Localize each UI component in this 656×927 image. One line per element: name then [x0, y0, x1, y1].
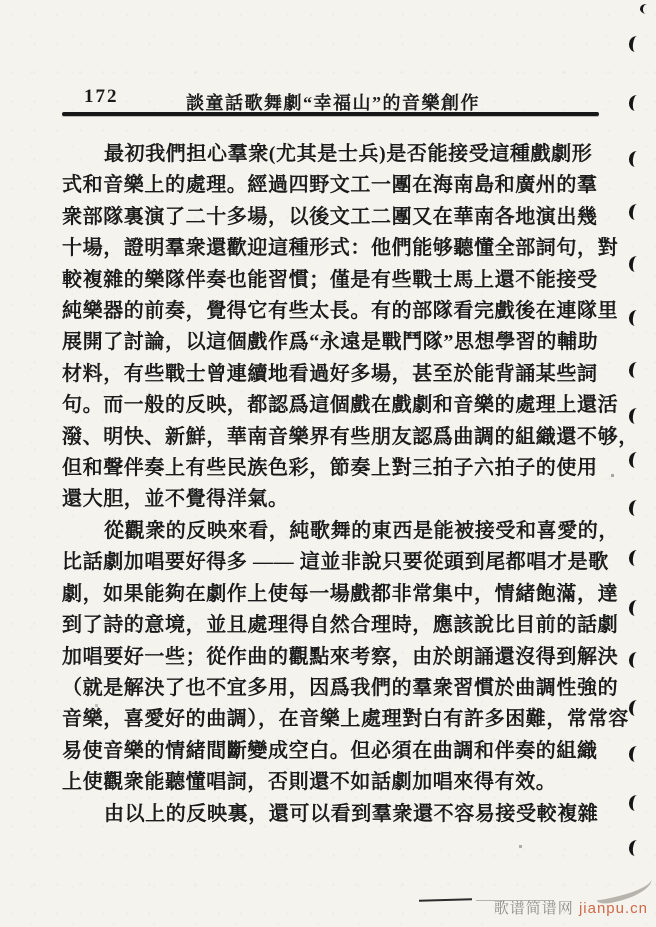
watermark-site-name: 歌谱简谱网	[494, 900, 579, 917]
text-line: （就是解決了也不宜多用，因爲我們的羣衆習慣於曲調性強的	[62, 673, 599, 704]
binding-mark-icon	[628, 94, 643, 111]
binding-mark-icon	[628, 549, 643, 566]
binding-mark-icon	[639, 3, 652, 14]
text-line: 易使音樂的情緒間斷變成空白。但必須在曲調和伴奏的組織	[62, 736, 599, 767]
text-line: 衆部隊裏演了二十多場，以後文工二團又在華南各地演出幾	[62, 202, 599, 233]
text-line: 劇，如果能夠在劇作上使每一場戲都非常集中，情緒飽滿，達	[62, 579, 599, 610]
text-line: 材料，有些戰士曾連續地看過好多場，甚至於能背誦某些詞	[62, 359, 599, 390]
body-text: 最初我們担心羣衆(尤其是士兵)是否能接受這種戲劇形 式和音樂上的處理。經過四野文…	[62, 139, 599, 830]
binding-mark-icon	[628, 745, 643, 762]
text-line: 加唱要好一些；從作曲的觀點來考察，由於朗誦還沒得到解決	[62, 642, 599, 673]
text-line: 還大胆，並不覺得洋氣。	[62, 484, 599, 515]
binding-mark-icon	[628, 499, 643, 516]
binding-mark-icon	[628, 407, 643, 424]
text-line: 從觀衆的反映來看，純歌舞的東西是能被接受和喜愛的，	[62, 516, 599, 547]
text-line: 由以上的反映裏，還可以看到羣衆還不容易接受較複雜	[62, 799, 599, 830]
text-line: 到了詩的意境，並且處理得自然合理時，應該說比目前的話劇	[62, 610, 599, 641]
binding-mark-icon	[628, 361, 643, 378]
watermark: 歌谱简谱网 jianpu.cn	[494, 897, 648, 918]
binding-mark-icon	[628, 699, 643, 716]
binding-mark-icon	[628, 150, 643, 167]
binding-mark-icon	[628, 794, 643, 811]
binding-mark-icon	[628, 839, 643, 856]
text-line: 十場，證明羣衆還歡迎這種形式：他們能够聽懂全部詞句，對	[62, 233, 599, 264]
scanned-book-page: 172 談童話歌舞劇“幸福山”的音樂創作 最初我們担心羣衆(尤其是士兵)是否能接…	[0, 0, 656, 927]
text-line: 最初我們担心羣衆(尤其是士兵)是否能接受這種戲劇形	[62, 139, 599, 170]
binding-mark-icon	[628, 651, 643, 668]
binding-mark-icon	[628, 599, 643, 616]
page-number: 172	[84, 86, 119, 108]
text-line: 純樂器的前奏，覺得它有些太長。有的部隊看完戲後在連隊里	[62, 296, 599, 327]
binding-mark-icon	[628, 451, 643, 468]
scan-speckles	[0, 0, 1, 1]
binding-mark-icon	[628, 35, 643, 52]
watermark-site-url: jianpu.cn	[579, 900, 648, 917]
text-line: 比話劇加唱要好得多 —— 這並非說只要從頭到尾都唱才是歌	[62, 547, 599, 578]
binding-mark-icon	[628, 203, 643, 220]
text-line: 式和音樂上的處理。經過四野文工一團在海南島和廣州的羣	[62, 170, 599, 201]
text-line: 較複雜的樂隊伴奏也能習慣；僅是有些戰士馬上還不能接受	[62, 265, 599, 296]
text-line: 音樂，喜愛好的曲調），在音樂上處理對白有許多困難，常常容	[62, 704, 599, 735]
text-line: 上使觀衆能聽懂唱詞，否則還不如話劇加唱來得有效。	[62, 767, 599, 798]
text-line: 潑、明快、新鮮，華南音樂界有些朋友認爲曲調的組織還不够，	[62, 422, 599, 453]
scan-artifact-line	[419, 898, 472, 901]
binding-mark-icon	[628, 255, 643, 272]
binding-mark-icon	[628, 309, 643, 326]
text-line: 但和聲伴奏上有些民族色彩，節奏上對三拍子六拍子的使用	[62, 453, 599, 484]
text-line: 句。而一般的反映，都認爲這個戲在戲劇和音樂的處理上還活	[62, 390, 599, 421]
header-rule	[62, 112, 599, 116]
text-line: 展開了討論，以這個戲作爲“永遠是戰鬥隊”思想學習的輔助	[62, 327, 599, 358]
